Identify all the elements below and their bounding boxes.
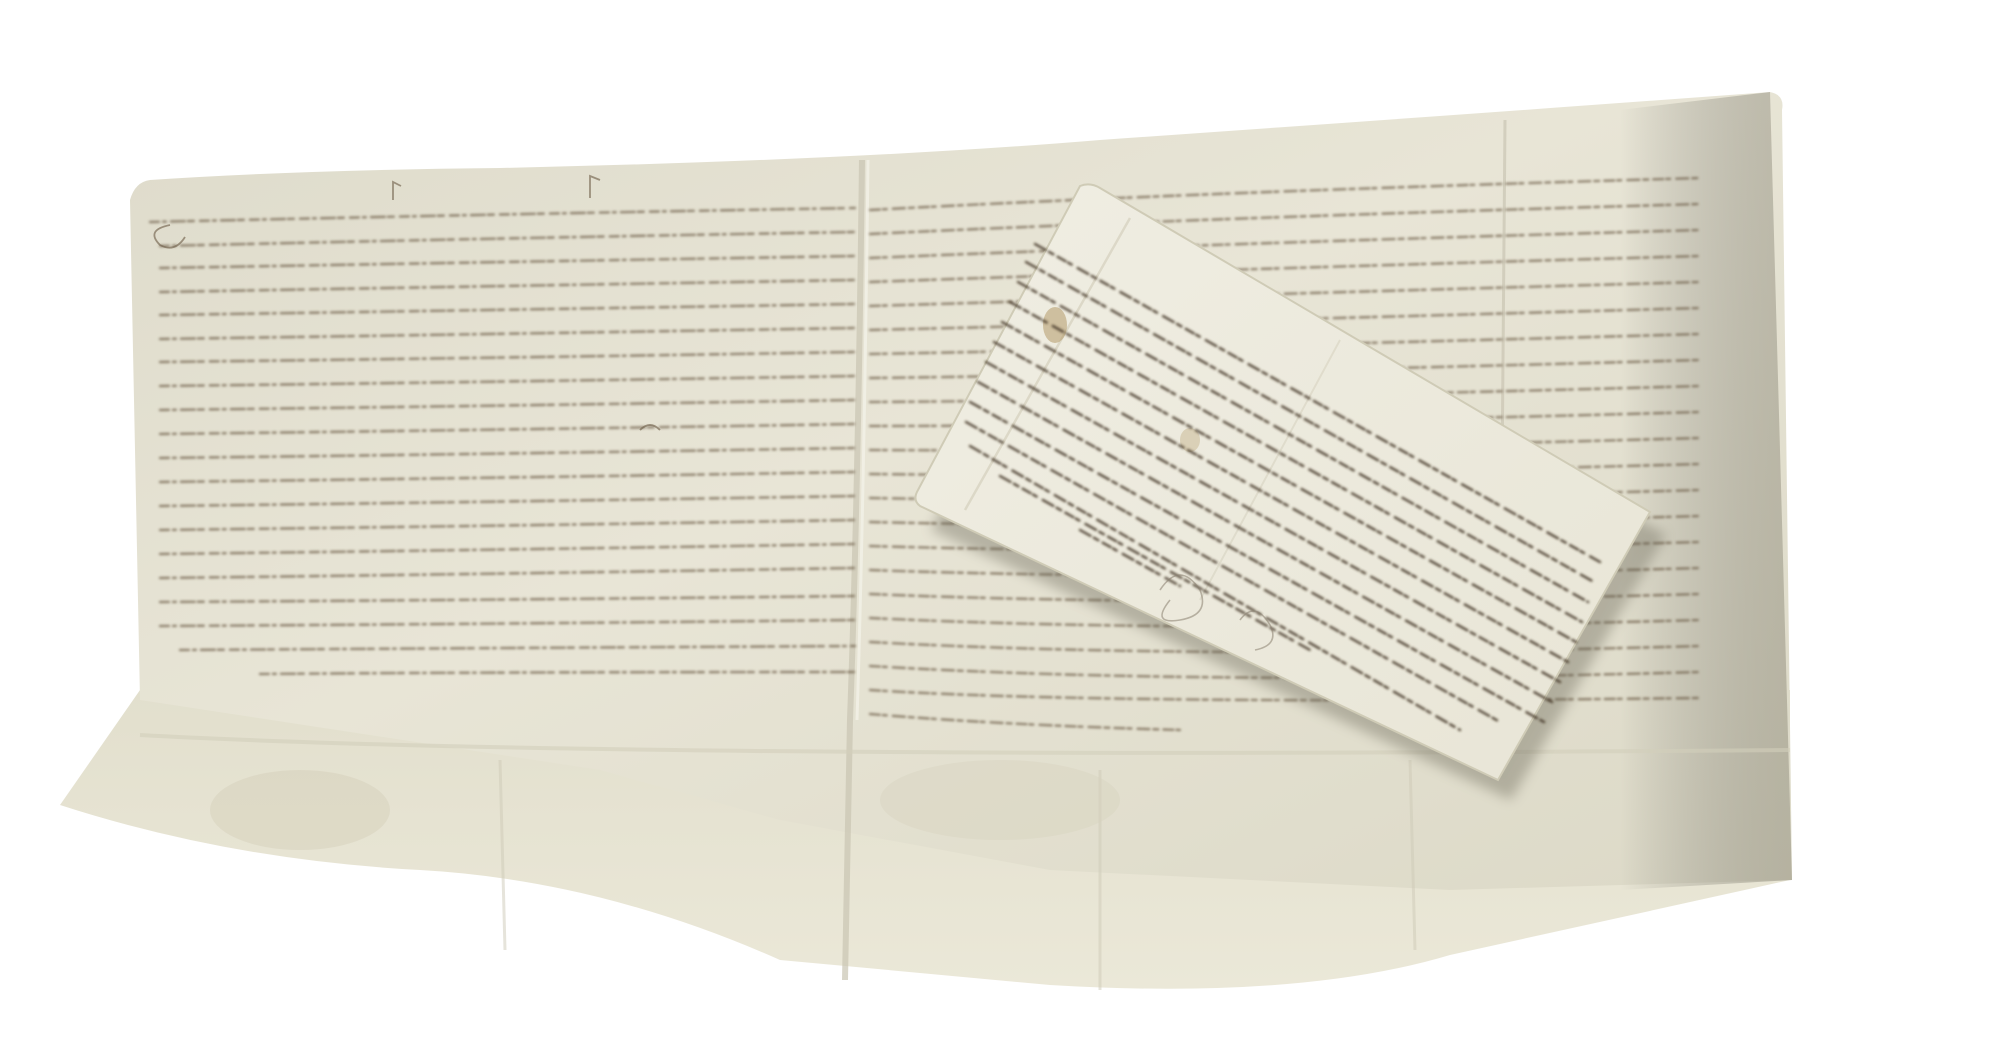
document-photo [0,0,2000,1058]
